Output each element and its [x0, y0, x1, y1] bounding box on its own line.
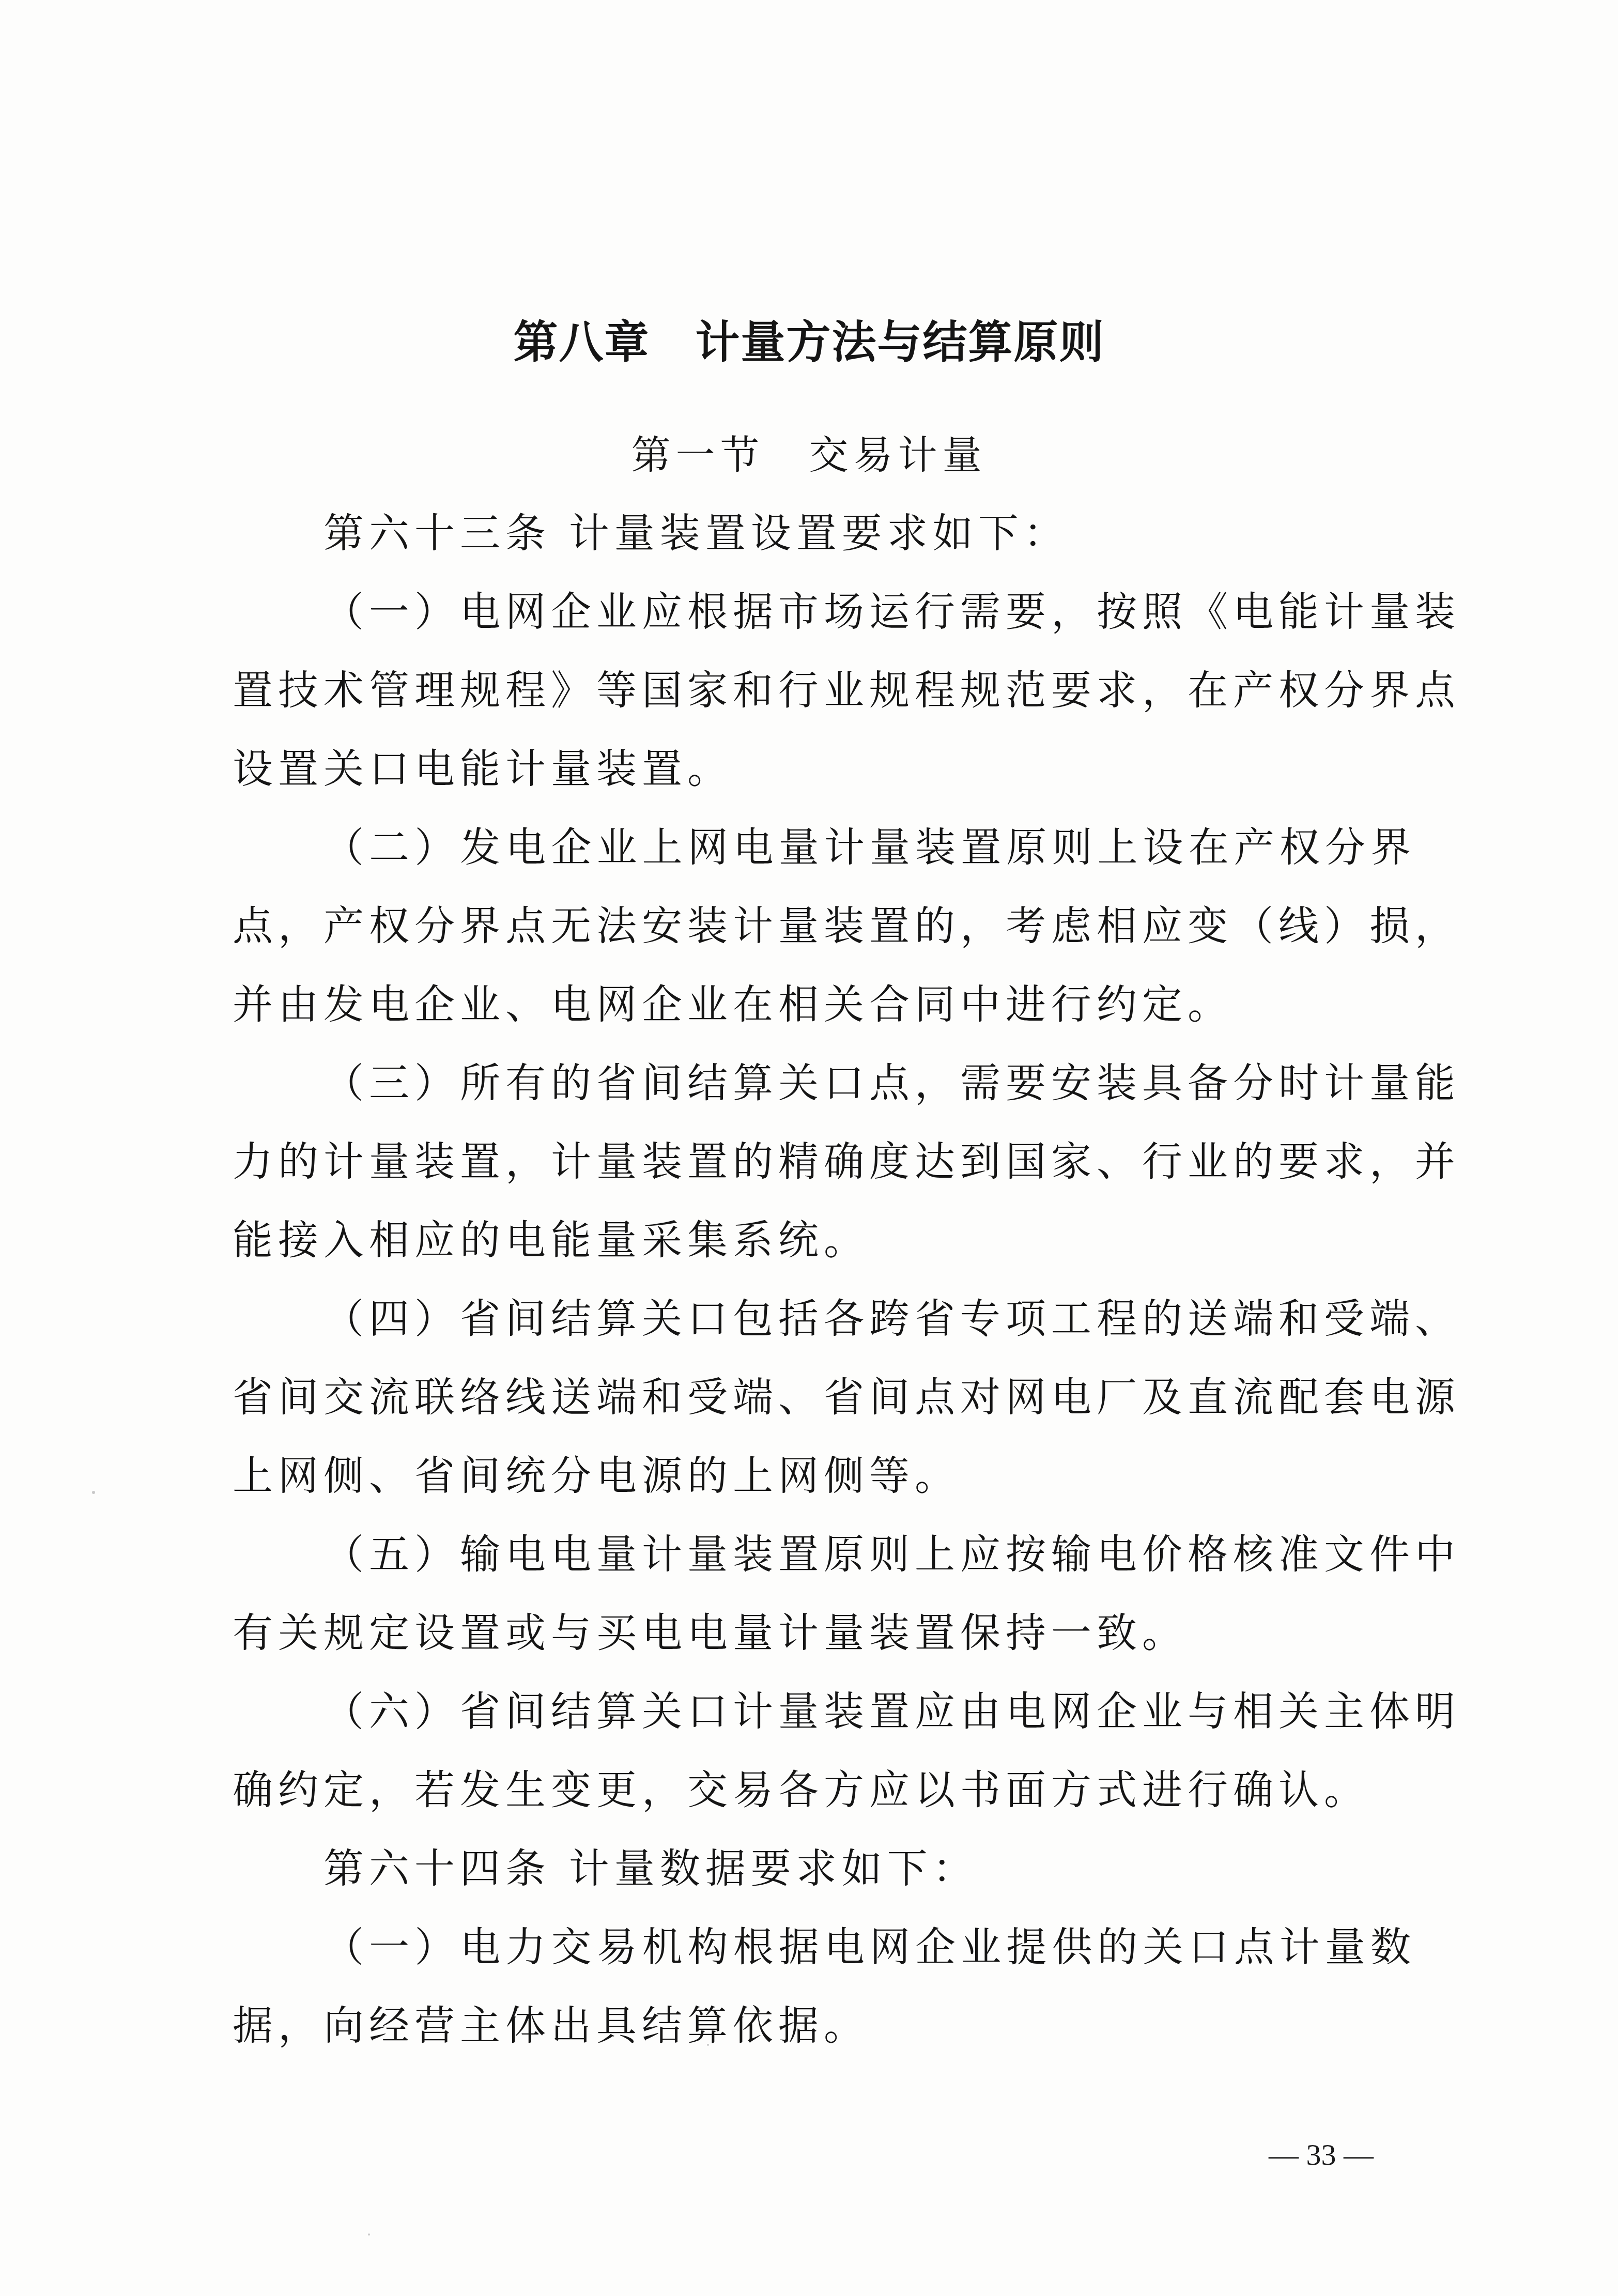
article-63-item-4-line-1: （四）省间结算关口包括各跨省专项工程的送端和受端、	[323, 1293, 1416, 1345]
article-63-item-5-line-1: （五）输电电量计量装置原则上应按输电价格核准文件中	[323, 1529, 1416, 1581]
article-63-item-2-line-1: （二）发电企业上网电量计量装置原则上设在产权分界	[323, 822, 1416, 874]
scan-speck	[707, 2044, 709, 2046]
article-63-item-1-line-3: 设置关口电能计量装置。	[233, 744, 733, 795]
article-63-heading: 第六十三条 计量装置设置要求如下：	[323, 508, 1069, 560]
article-63-item-5-line-2: 有关规定设置或与买电电量计量装置保持一致。	[233, 1608, 1188, 1659]
article-63-item-6-line-2: 确约定，若发生变更，交易各方应以书面方式进行确认。	[233, 1765, 1369, 1816]
article-63-item-1-line-2: 置技术管理规程》等国家和行业规程规范要求，在产权分界点	[233, 665, 1416, 717]
article-63-item-6-line-1: （六）省间结算关口计量装置应由电网企业与相关主体明	[323, 1686, 1416, 1738]
chapter-title: 第八章 计量方法与结算原则	[0, 316, 1618, 369]
article-63-item-2-line-2: 点，产权分界点无法安装计量装置的，考虑相应变（线）损，	[233, 901, 1416, 952]
article-63-item-1-line-1: （一）电网企业应根据市场运行需要，按照《电能计量装	[323, 587, 1416, 638]
scan-speck	[92, 1491, 95, 1494]
scan-speck	[368, 2233, 370, 2236]
section-title: 第一节 交易计量	[0, 432, 1618, 479]
article-64-item-1-line-1: （一）电力交易机构根据电网企业提供的关口点计量数	[323, 1922, 1416, 1974]
article-64-heading: 第六十四条 计量数据要求如下：	[323, 1843, 978, 1895]
article-63-item-4-line-2: 省间交流联络线送端和受端、省间点对网电厂及直流配套电源	[233, 1372, 1416, 1424]
document-page: 第八章 计量方法与结算原则 第一节 交易计量 第六十三条 计量装置设置要求如下：…	[0, 0, 1618, 2296]
article-63-item-4-line-3: 上网侧、省间统分电源的上网侧等。	[233, 1451, 960, 1502]
article-64-item-1-line-2: 据，向经营主体出具结算依据。	[233, 2000, 869, 2052]
article-63-item-3-line-2: 力的计量装置，计量装置的精确度达到国家、行业的要求，并	[233, 1136, 1416, 1188]
page-number: — 33 —	[1269, 2139, 1374, 2170]
article-63-item-3-line-3: 能接入相应的电能量采集系统。	[233, 1215, 869, 1267]
article-63-item-2-line-3: 并由发电企业、电网企业在相关合同中进行约定。	[233, 979, 1233, 1031]
article-63-item-3-line-1: （三）所有的省间结算关口点，需要安装具备分时计量能	[323, 1058, 1416, 1110]
